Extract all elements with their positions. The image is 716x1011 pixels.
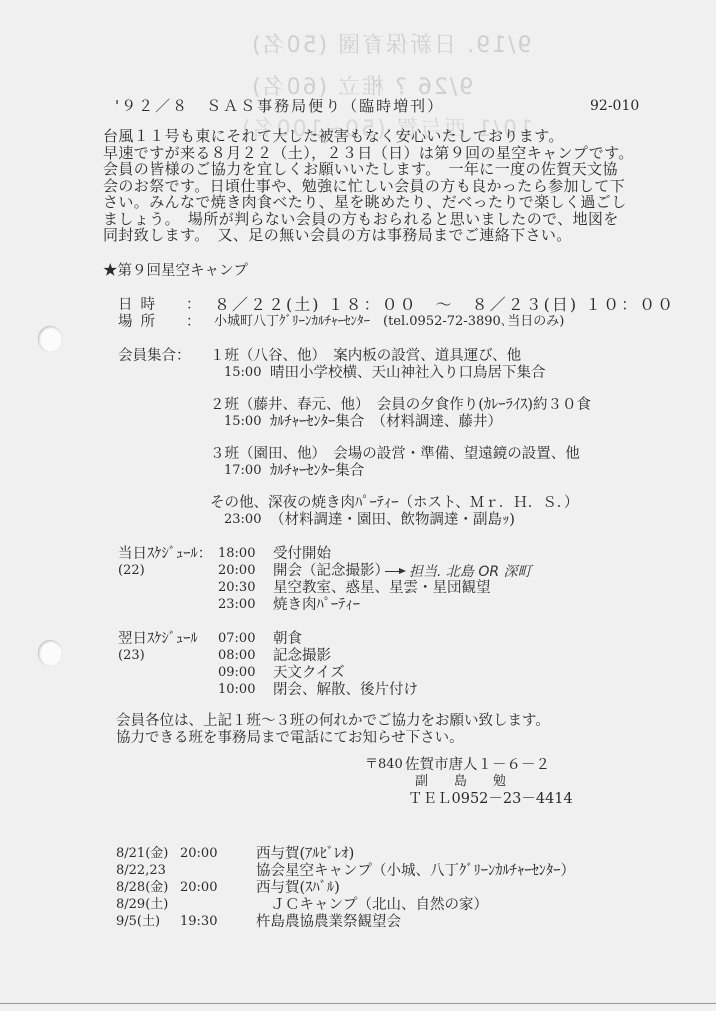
schedule-time: 08:00: [218, 648, 255, 664]
group-2-place: ｶﾙﾁｬｰｾﾝﾀｰ集合 （材料調達、藤井）: [270, 414, 502, 430]
event-desc: 杵島農協農業祭観望会: [256, 914, 401, 930]
schedule-time: 09:00: [218, 665, 255, 681]
event-date: 8/28(金): [116, 880, 168, 896]
event-desc: 西与賀(ｱﾙﾋﾞﾚｵ): [256, 846, 354, 862]
document-id: 92-010: [590, 98, 639, 114]
place-value: 小城町八丁ｸﾞﾘｰﾝｶﾙﾁｬｰｾﾝﾀｰ (tel.0952-72-3890､当日…: [214, 314, 564, 330]
event-time: 19:30: [180, 914, 217, 930]
assembly-label: 会員集合：: [118, 348, 191, 364]
hole-punch: [38, 640, 62, 666]
event-time: 20:00: [180, 846, 217, 862]
document-page: 9/19. 日新保育園 (50名) 9/26 ? 椎立 (60名) 10/1 西…: [0, 0, 716, 1004]
datetime-label: 日時: [118, 297, 163, 313]
group-3-duty: ３班（園田、他） 会場の設営・準備、望遠鏡の設置、他: [210, 446, 580, 462]
schedule-item: 記念撮影: [273, 648, 331, 664]
schedule-item: 朝食: [273, 631, 302, 647]
intro-line: さい。みんなで焼き肉食べたり、星を眺めたり、だべったりで楽しく過ごし: [103, 194, 634, 211]
newsletter-title: '９２／８ ＳＡＳ事務局便り（臨時増刊）: [115, 98, 444, 114]
schedule-time: 18:00: [218, 546, 255, 562]
schedule-item: 開会（記念撮影）: [273, 563, 389, 579]
group-1-place: 晴田小学校横、天山神社入り口鳥居下集合: [270, 365, 546, 381]
event-desc: 西与賀(ｽﾊﾞﾙ): [256, 880, 340, 896]
event-time: 20:00: [180, 880, 217, 896]
group-1-time: 15:00: [224, 365, 261, 381]
intro-line: 同封致します。 又、足の無い会員の方は事務局までご連絡下さい。: [103, 227, 634, 244]
schedule-item: 閉会、解散、後片付け: [273, 682, 418, 698]
group-2-duty: ２班（藤井、春元、他） 会員の夕食作り(ｶﾚｰﾗｲｽ)約３０食: [210, 397, 591, 413]
arrow-head-icon: [399, 568, 406, 574]
camp-section-title: ★第９回星空キャンプ: [103, 263, 248, 279]
colon: ：: [186, 297, 201, 313]
contact-name: 副 島 勉: [415, 774, 506, 790]
hole-punch: [38, 326, 62, 352]
schedule-item: 天文クイズ: [273, 665, 345, 681]
day2-schedule-sub: (23): [118, 648, 145, 664]
day2-schedule-label: 翌日ｽｹｼﾞｭｰﾙ: [118, 631, 198, 647]
bleed-through-line: 9/19. 日新保育園 (50名): [250, 28, 532, 59]
group-2-time: 15:00: [224, 414, 261, 430]
postal-code: 〒840: [365, 757, 403, 773]
intro-line: 会のお祭です。日頃仕事や、勉強に忙しい会員の方も良かったら参加して下: [103, 178, 634, 195]
day1-schedule-sub: (22): [118, 563, 145, 579]
closing-line: 協力できる班を事務局まで電話にてお知らせ下さい。: [116, 730, 464, 746]
closing-line: 会員各位は、上記１班～３班の何れかでご協力をお願い致します。: [116, 713, 550, 729]
group-1-duty: １班（八谷、他） 案内板の設営、道具運び、他: [210, 348, 521, 364]
schedule-item: 星空教室、惑星、星雲・星団観望: [273, 580, 491, 596]
place-label: 場所: [118, 314, 163, 330]
schedule-time: 23:00: [218, 597, 255, 613]
schedule-time: 10:00: [218, 682, 255, 698]
group-3-time: 17:00: [224, 463, 261, 479]
intro-line: 台風１１号も東にそれて大した被害もなく安心いたしております。: [103, 128, 634, 145]
contact-address: 佐賀市唐人１－６－２: [405, 757, 550, 773]
other-time: 23:00: [224, 512, 261, 528]
schedule-item: 焼き肉ﾊﾟｰﾃｨｰ: [273, 597, 360, 613]
group-3-place: ｶﾙﾁｬｰｾﾝﾀｰ集合: [270, 463, 364, 479]
schedule-time: 20:00: [218, 563, 255, 579]
schedule-time: 07:00: [218, 631, 255, 647]
contact-tel: ＴＥＬ0952－23－4414: [408, 791, 573, 807]
event-desc: ＪＣキャンプ（北山、自然の家）: [256, 897, 488, 913]
day1-schedule-label: 当日ｽｹｼﾞｭｰﾙ：: [118, 546, 212, 562]
other-duty: その他、深夜の焼き肉ﾊﾟｰﾃｨｰ（ホスト、Ｍｒ．Ｈ．Ｓ．）: [210, 495, 578, 511]
intro-line: ましょう。 場所が判らない会員の方もおられると思いましたので、地図を: [103, 211, 634, 228]
event-date: 8/21(金): [116, 846, 168, 862]
intro-paragraph: 台風１１号も東にそれて大した被害もなく安心いたしております。 早速ですが来る８月…: [103, 128, 634, 244]
event-desc: 協会星空キャンプ（小城、八丁ｸﾞﾘｰﾝｶﾙﾁｬｰｾﾝﾀｰ）: [256, 863, 575, 879]
datetime-value: ８／２２(土) １８：００ ～ ８／２３(日) １０：００: [214, 297, 675, 313]
intro-line: 早速ですが来る８月２２（土），２３日（日）は第９回の星空キャンプです。: [103, 145, 634, 162]
event-date: 9/5(土): [116, 914, 160, 930]
intro-line: 会員の皆様のご協力を宜しくお願いいたします。 一年に一度の佐賀天文協: [103, 161, 634, 178]
schedule-item: 受付開始: [273, 546, 331, 562]
schedule-time: 20:30: [218, 580, 255, 596]
event-date: 8/29(土): [116, 897, 168, 913]
event-date: 8/22,23: [116, 863, 166, 879]
handwritten-note: 担当. 北島 OR 深町: [409, 561, 532, 581]
colon: ：: [186, 314, 201, 330]
other-note: （材料調達・園田、飲物調達・副島ｯ): [270, 512, 515, 528]
